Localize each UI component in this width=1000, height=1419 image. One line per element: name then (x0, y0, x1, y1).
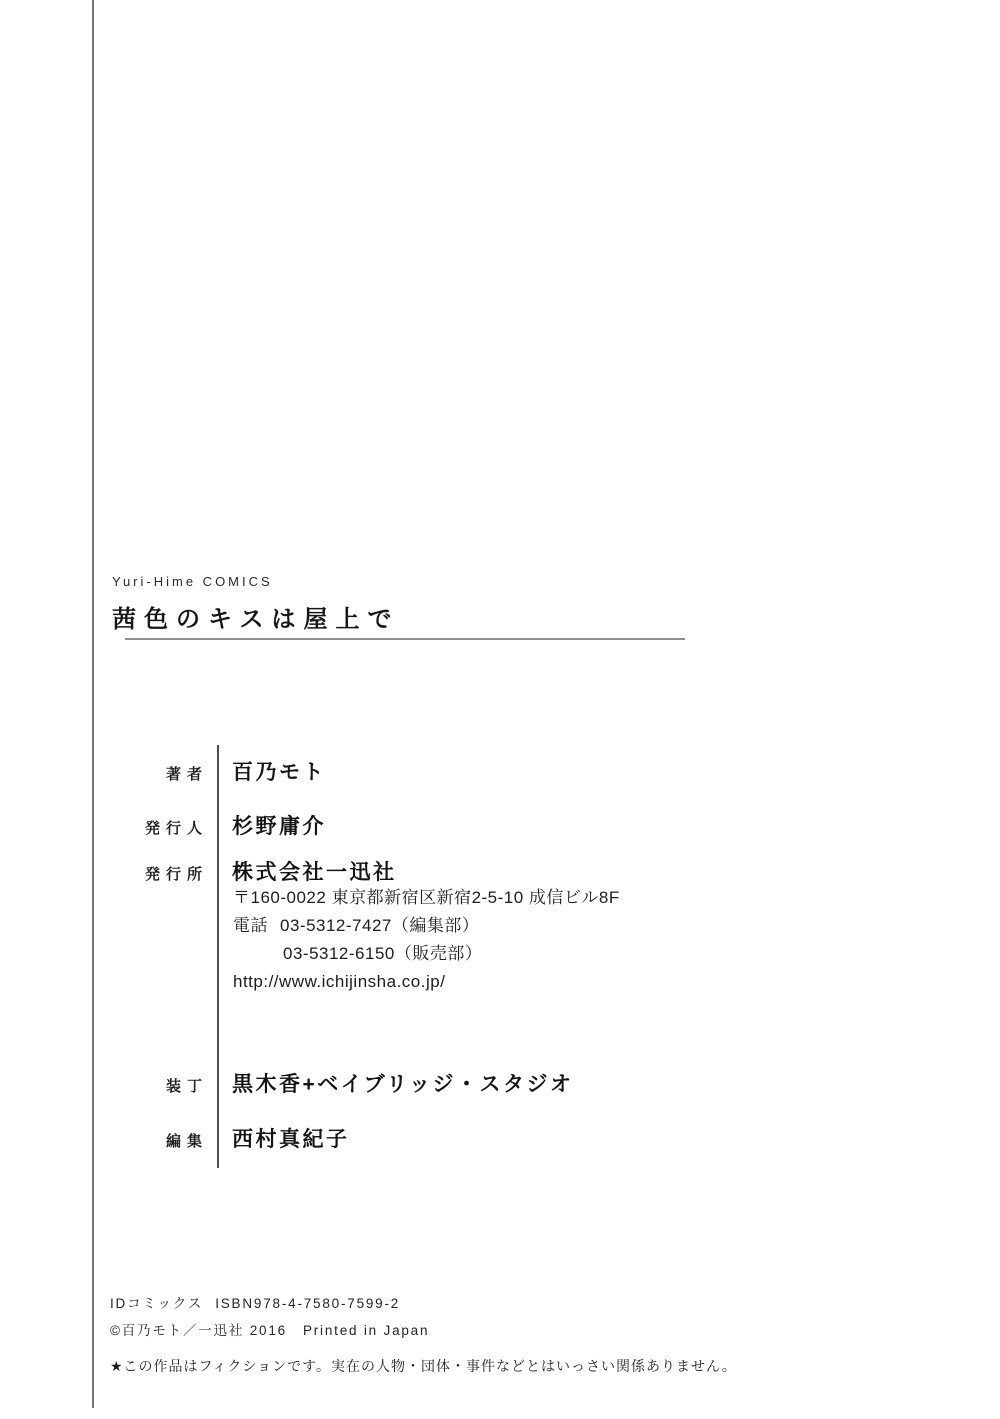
left-margin-rule (92, 0, 94, 1408)
copyright-text: ©百乃モト／一迅社 2016 (110, 1323, 287, 1338)
tel-editorial: 03-5312-7427（編集部） (280, 916, 479, 935)
credit-value-publisher-company: 株式会社一迅社 (232, 856, 397, 886)
title-underline-rule (125, 638, 685, 640)
tel-sales: 03-5312-6150（販売部） (283, 944, 482, 963)
credit-value-publisher-person: 杉野庸介 (232, 810, 326, 840)
credit-label-publisher-company: 発行所 (120, 863, 208, 884)
credit-row-publisher-company: 発行所 株式会社一迅社 (120, 856, 397, 886)
imprint-label: IDコミックス (110, 1296, 203, 1311)
publisher-tel-sales-line: 03-5312-6150（販売部） (233, 940, 620, 968)
credit-value-design: 黒木香+ベイブリッジ・スタジオ (232, 1068, 573, 1098)
credits-separator-rule (217, 745, 219, 1168)
tel-label: 電話 (233, 916, 268, 935)
credit-row-design: 装丁 黒木香+ベイブリッジ・スタジオ (120, 1068, 573, 1098)
publisher-tel-editorial-line: 電話03-5312-7427（編集部） (233, 912, 620, 940)
credit-row-publisher-person: 発行人 杉野庸介 (120, 810, 326, 840)
credit-row-author: 著者 百乃モト (120, 756, 326, 786)
publisher-details: 〒160-0022 東京都新宿区新宿2-5-10 成信ビル8F 電話03-531… (233, 884, 620, 996)
credit-label-design: 装丁 (120, 1075, 208, 1096)
colophon-page: Yuri-Hime COMICS 茜色のキスは屋上で 著者 百乃モト 発行人 杉… (0, 0, 1000, 1419)
footer: IDコミックスISBN978-4-7580-7599-2 ©百乃モト／一迅社 2… (110, 1292, 737, 1376)
credit-value-author: 百乃モト (232, 756, 326, 786)
credit-label-publisher-person: 発行人 (120, 817, 208, 838)
credit-value-editor: 西村真紀子 (232, 1123, 350, 1153)
series-name: Yuri-Hime COMICS (112, 574, 400, 589)
printed-in-japan: Printed in Japan (303, 1323, 429, 1338)
copyright-line: ©百乃モト／一迅社 2016Printed in Japan (110, 1319, 737, 1339)
header: Yuri-Hime COMICS 茜色のキスは屋上で (112, 574, 400, 634)
publisher-address: 〒160-0022 東京都新宿区新宿2-5-10 成信ビル8F (233, 884, 620, 912)
imprint-isbn-line: IDコミックスISBN978-4-7580-7599-2 (110, 1292, 737, 1312)
book-title: 茜色のキスは屋上で (112, 599, 400, 634)
credit-label-editor: 編集 (120, 1130, 208, 1151)
fiction-disclaimer: ★この作品はフィクションです。実在の人物・団体・事件などとはいっさい関係ありませ… (110, 1356, 737, 1376)
publisher-url: http://www.ichijinsha.co.jp/ (233, 968, 620, 996)
credit-label-author: 著者 (120, 763, 208, 784)
isbn-number: ISBN978-4-7580-7599-2 (215, 1296, 400, 1311)
credit-row-editor: 編集 西村真紀子 (120, 1123, 350, 1153)
